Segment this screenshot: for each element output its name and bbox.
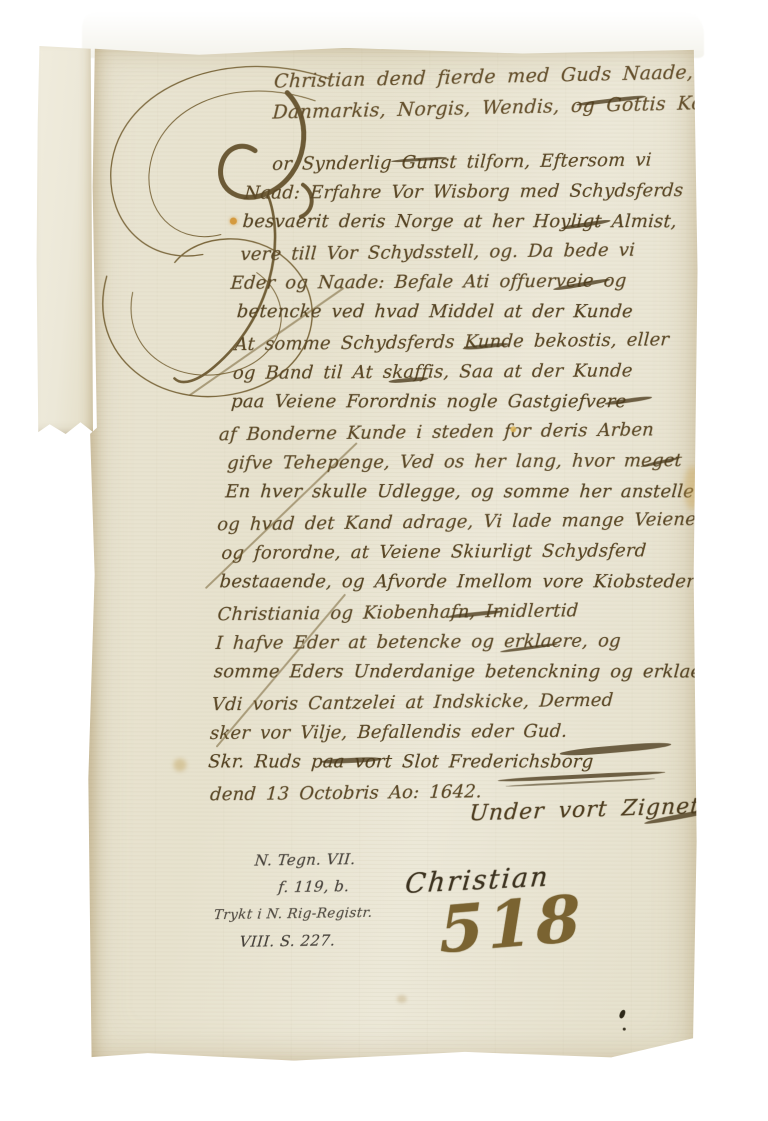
foxing-spot (397, 995, 407, 1003)
photograph-of-manuscript: { "colors": { "backdrop": "#e9eceb", "pa… (0, 0, 768, 1121)
archival-note-line: Trykt i N. Rig-Registr. (213, 900, 374, 929)
manuscript-line: og Band til At skaffis, Saa at der Kunde (232, 356, 760, 389)
archival-note-line: N. Tegn. VII. (254, 846, 379, 875)
left-margin-stain (173, 758, 186, 771)
manuscript-page: Christian dend fierde med Guds Naade,Dan… (87, 44, 700, 1066)
manuscript-line: gifve Tehepenge, Ved os her lang, hvor m… (226, 446, 754, 479)
archival-reference-notes: N. Tegn. VII.f. 119, b.Trykt i N. Rig-Re… (232, 846, 378, 956)
ink-speck (623, 1028, 626, 1031)
manuscript-line: af Bonderne Kunde i steden for deris Arb… (218, 414, 756, 450)
manuscript-line: Eder og Naade: Befale Ati offuerveie og (230, 266, 766, 299)
folded-leaf-edge (36, 44, 93, 436)
yellow-stain-dot (510, 426, 516, 432)
manuscript-line: og forordne, at Veiene Skiurligt Schydsf… (220, 536, 748, 569)
manuscript-line: bestaaende, og Afvorde Imellom vore Kiob… (219, 567, 747, 597)
edge-stain (684, 466, 700, 510)
manuscript-line: betencke ved hvad Middel at der Kunde (236, 297, 764, 327)
royal-title-lines: Christian dend fierde med Guds Naade,Dan… (272, 56, 756, 129)
manuscript-line: besvaerit deris Norge at her Hoyligt Alm… (242, 207, 768, 237)
manuscript-line: paa Veiene Forordnis nogle Gastgiefvere (230, 387, 758, 417)
folio-number-518: 518 (438, 881, 585, 968)
orange-stain-dot (230, 218, 237, 225)
manuscript-line: og hvad det Kand adrage, Vi lade mange V… (216, 504, 750, 540)
manuscript-line: Naad: Erfahre Vor Wisborg med Schydsferd… (243, 176, 768, 209)
ink-speck (619, 1009, 627, 1019)
manuscript-line: Vdi voris Cantzelei at Indskicke, Dermed (211, 684, 739, 720)
manuscript-line: somme Eders Underdanige betenckning og e… (213, 657, 741, 687)
archival-note-line: f. 119, b. (277, 873, 376, 901)
manuscript-line: or Synderlig Gunst tilforn, Eftersom vi (271, 144, 768, 180)
archival-note-line: VIII. S. 227. (238, 927, 371, 956)
manuscript-line: vere till Vor Schydsstell, og. Da bede v… (240, 234, 768, 270)
letter-body-lines: or Synderlig Gunst tilforn, Eftersom viN… (205, 146, 768, 809)
